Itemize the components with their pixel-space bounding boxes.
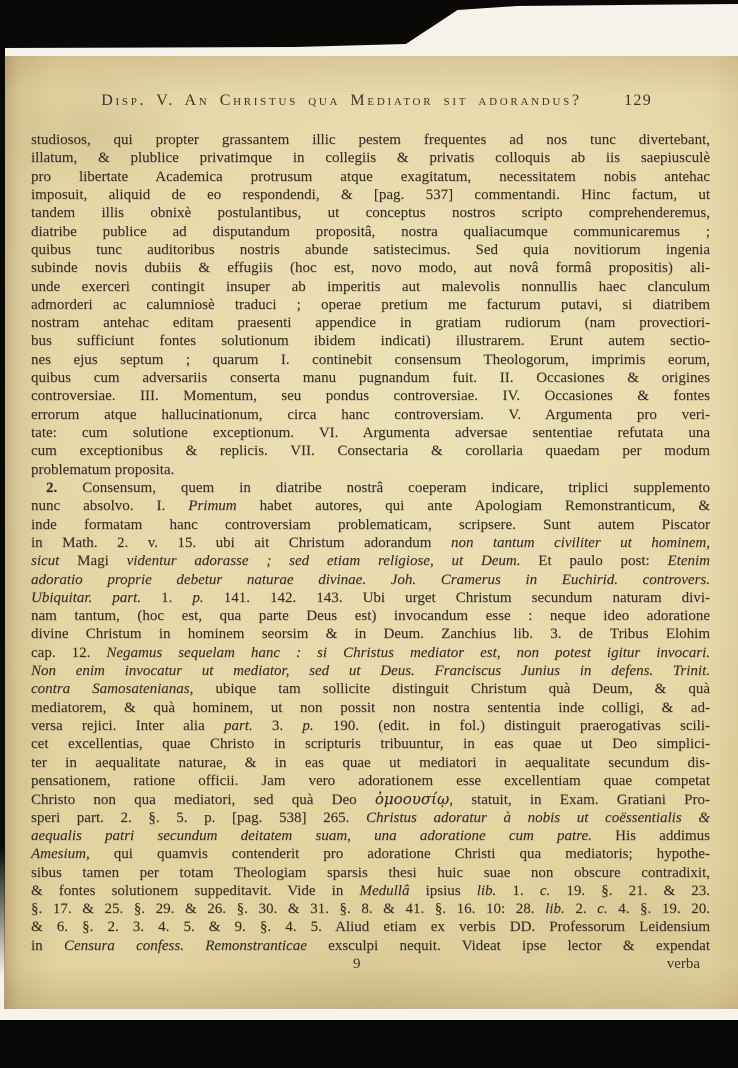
catchword: verba [667, 956, 700, 973]
body-line: unde exerceri contingit insuper ab imper… [31, 278, 710, 296]
body-line: cum exceptionibus & replicis. VII. Conse… [31, 442, 710, 460]
body-line: tate: cum solutione exceptionum. VI. Arg… [31, 424, 710, 442]
body-line: quibus cum adversariis conserta manu pug… [31, 369, 710, 387]
body-line: diatribe publice ad disputandum proposit… [31, 223, 710, 241]
body-line: versa rejici. Inter alia part. 3. p. 190… [31, 717, 710, 735]
body-line: contra Samosatenianas, ubique tam sollic… [31, 680, 710, 698]
body-line: cet excellentias, quae Christo in script… [31, 735, 710, 753]
body-line: sibus tamen per totam Theologiam sparsis… [31, 864, 710, 882]
body-line: studiosos, qui propter grassantem illic … [31, 131, 710, 149]
body-line: adoratio proprie debetur naturae divinae… [31, 571, 710, 589]
body-line: aequalis patri secundum deitatem suam, u… [31, 827, 710, 845]
body-line: nostram antehac editam praesenti appendi… [31, 314, 710, 332]
body-line: admorderi ac calumniosè traduci ; operae… [31, 296, 710, 314]
body-line: in Math. 2. v. 15. ubi ait Christum ador… [31, 534, 710, 552]
body-line: illatum, & plublice privatimque in colle… [31, 149, 710, 167]
body-line: cap. 12. Negamus sequelam hanc : si Chri… [31, 644, 710, 662]
body-line: §. 17. & 25. §. 29. & 26. §. 30. & 31. §… [31, 900, 710, 918]
body-line: controversiae. III. Momentum, seu pondus… [31, 387, 710, 405]
body-line: quibus tunc auditoribus nostris abunde s… [31, 241, 710, 259]
body-line: problematum proposita. [31, 461, 710, 479]
signature-number: 9 [353, 956, 361, 973]
body-line: subinde novis dubiis & effugiis (hoc est… [31, 259, 710, 277]
body-line: Amesium, qui quamvis contenderit pro ado… [31, 845, 710, 863]
body-line: in Censura confess. Remonstranticae exsc… [31, 937, 710, 955]
body-line: & 6. §. 2. 3. 4. 5. & 9. §. 4. 5. Aliud … [31, 918, 710, 936]
body-line: errorum atque hallucinationum, circa han… [31, 406, 710, 424]
scan-border-left [0, 46, 5, 976]
body-text: studiosos, qui propter grassantem illic … [31, 131, 710, 955]
body-line: bus sufficiunt fontes solutionum ibidem … [31, 332, 710, 350]
body-line: nam tantum, (hoc est, qua parte Deus est… [31, 607, 710, 625]
body-line: ter in aequalitate naturae, & in eas qua… [31, 754, 710, 772]
body-line: imposuit, aliquid de eo respondendi, & [… [31, 186, 710, 204]
page-number: 129 [624, 92, 652, 110]
body-line: 2. Consensum, quem in diatribe nostrâ co… [31, 479, 710, 497]
body-line: tandem illis obnixè postulantibus, ut co… [31, 204, 710, 222]
body-line: divine Christum in hominem seorsim & in … [31, 625, 710, 643]
body-line: inde formatam hanc controversiam problem… [31, 516, 710, 534]
body-line: Christo non qua mediatori, sed quà Deo ὁ… [31, 790, 710, 808]
body-line: pensationem, ratione officii. Jam vero a… [31, 772, 710, 790]
page-header: Disp. V. An Christus qua Mediator sit ad… [31, 92, 710, 114]
body-line: pro libertate Academica protrusum atque … [31, 168, 710, 186]
body-line: Ubiquitar. part. 1. p. 141. 142. 143. Ub… [31, 589, 710, 607]
body-line: sicut Magi videntur adorasse ; sed etiam… [31, 552, 710, 570]
body-line: Non enim invocatur ut mediator, sed ut D… [31, 662, 710, 680]
running-title: Disp. V. An Christus qua Mediator sit ad… [31, 92, 710, 110]
scanned-book-page: Disp. V. An Christus qua Mediator sit ad… [0, 0, 738, 1068]
page-footer: 9 verba [31, 956, 710, 975]
body-line: nes ejus septum ; quarum I. continebit c… [31, 351, 710, 369]
body-line: mediatorem, & quà hominem, ut non possit… [31, 699, 710, 717]
body-line: speri part. 2. §. 5. p. [pag. 538] 265. … [31, 809, 710, 827]
body-line: & fontes solutionem suppeditavit. Vide i… [31, 882, 710, 900]
body-line: nunc absolvo. I. Primum habet autores, q… [31, 497, 710, 515]
